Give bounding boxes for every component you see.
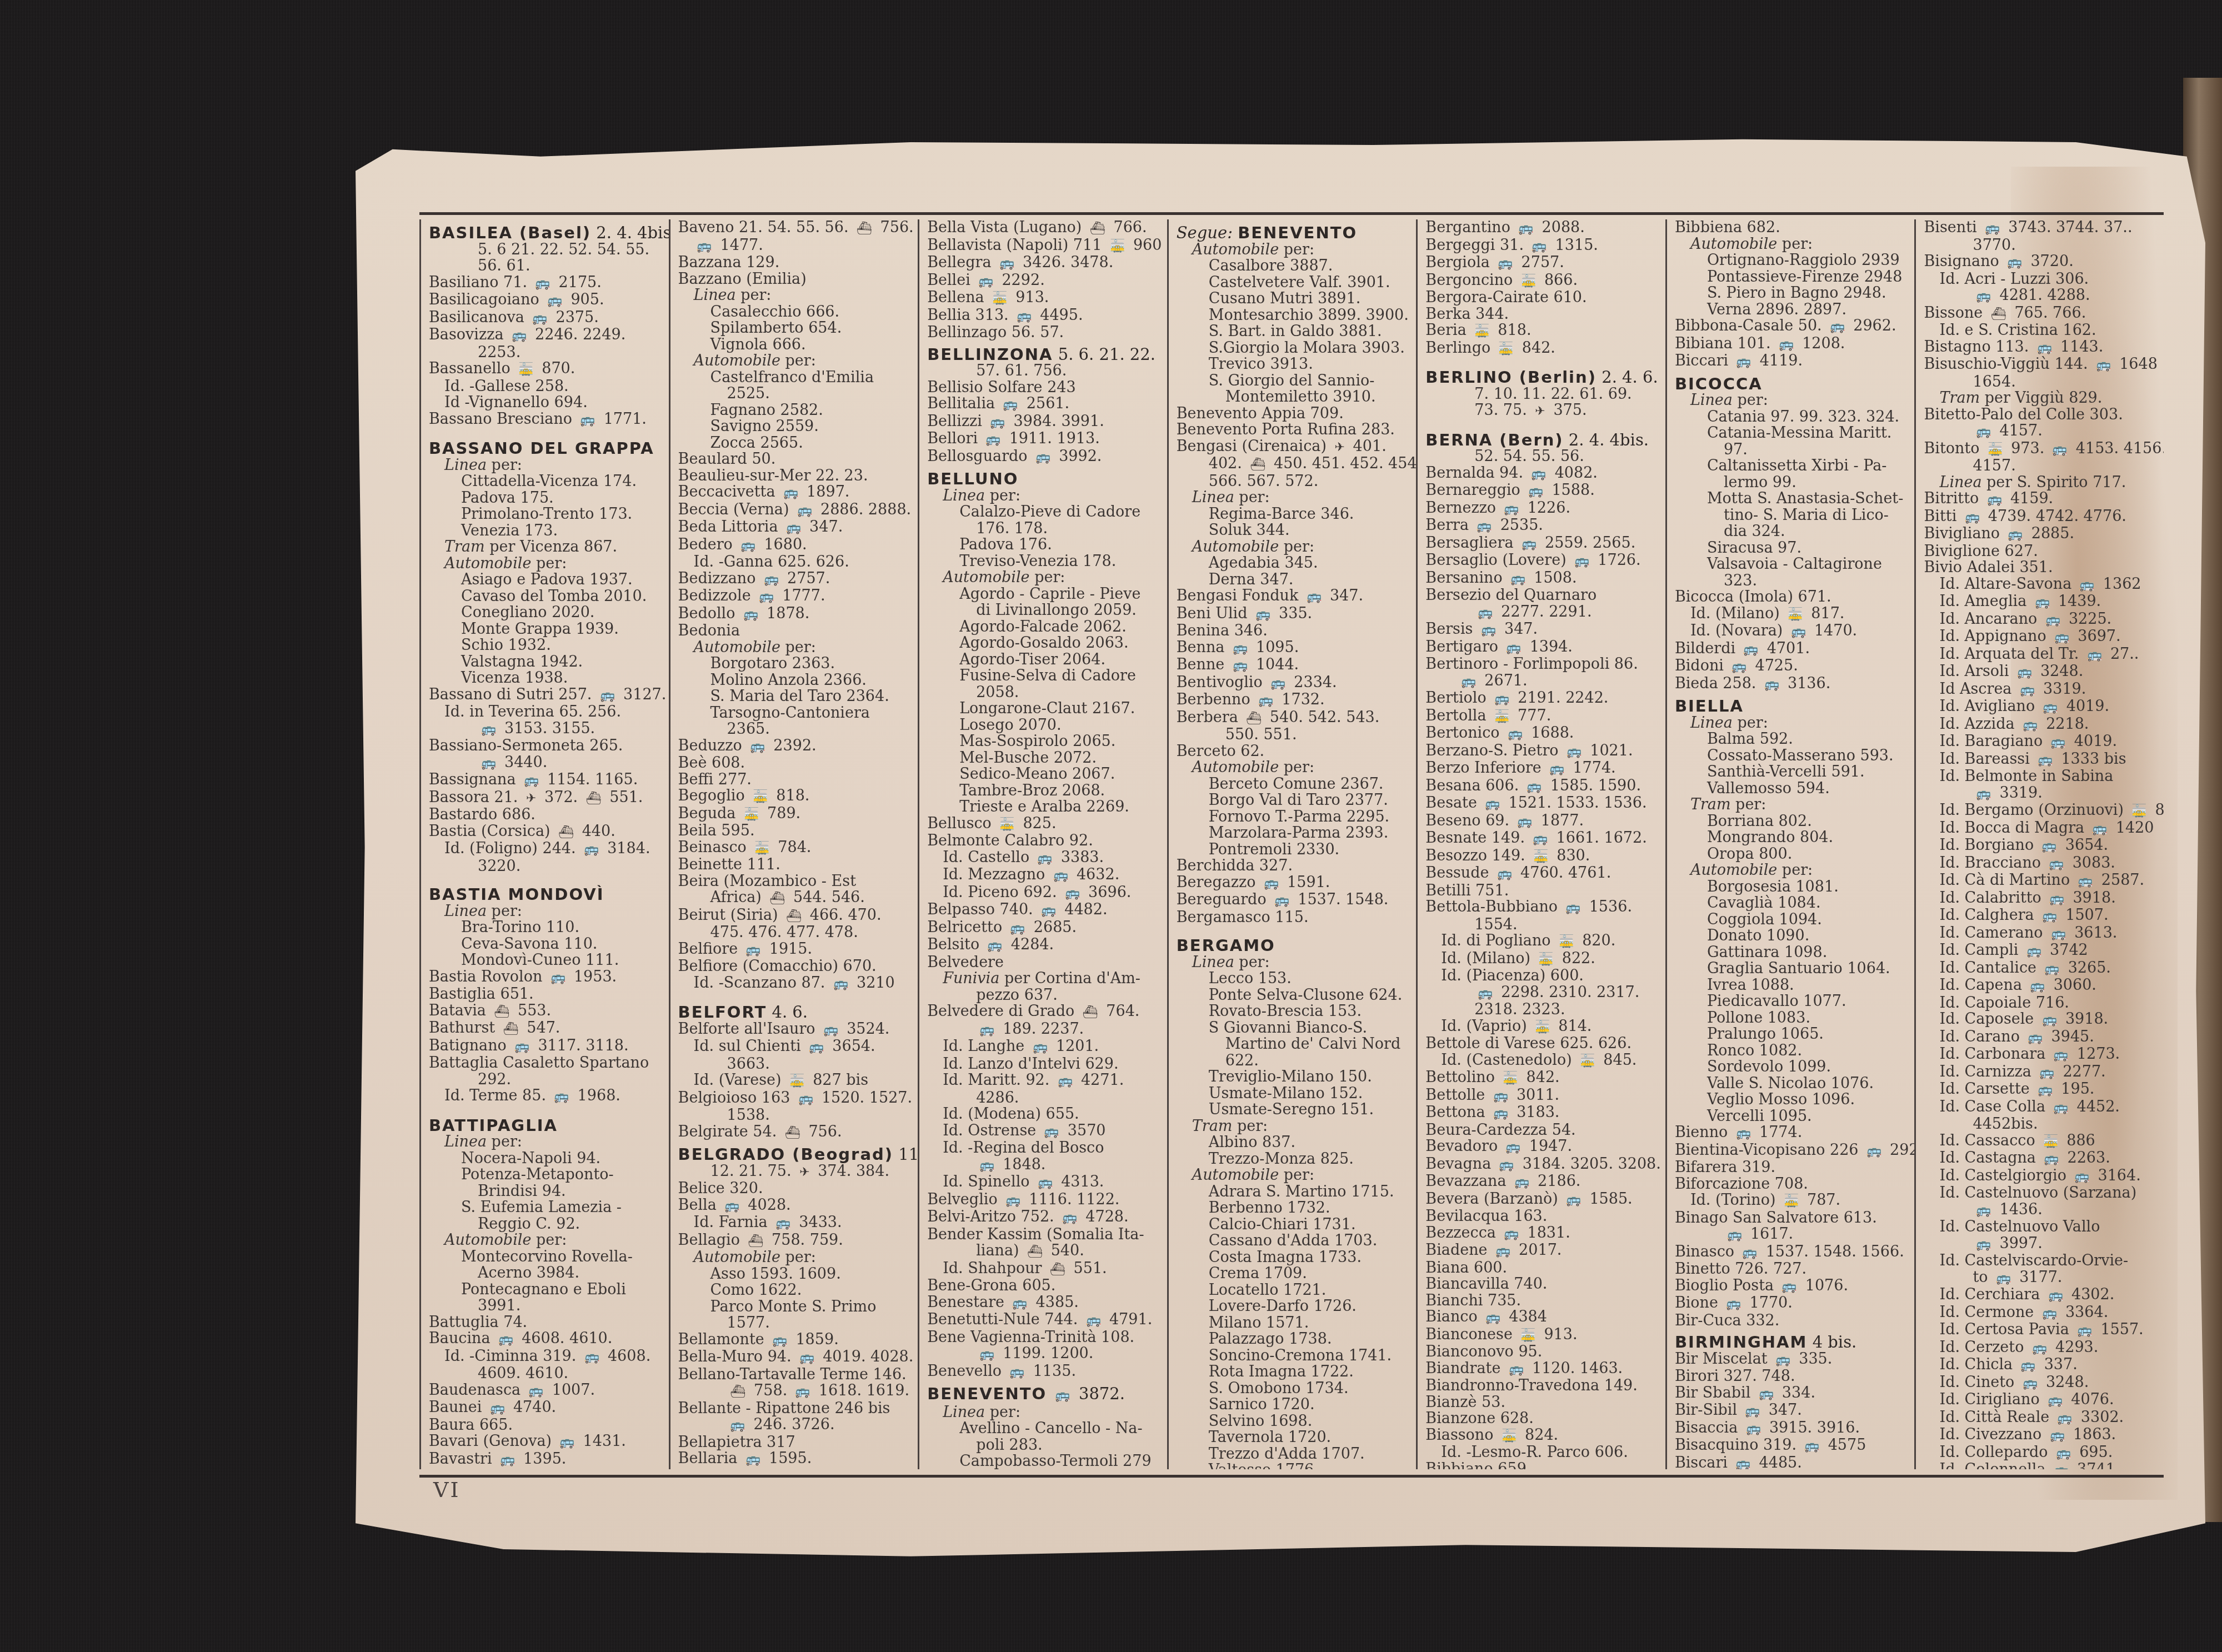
- index-subentry: Id. Shahpour ⛴ 551.: [927, 1260, 1160, 1278]
- index-subentry: Id. Farnia 🚌 3433.: [678, 1214, 912, 1232]
- index-entry: Benevento Appia 709.: [1177, 406, 1410, 422]
- bus-icon: 🚌: [1533, 831, 1548, 848]
- index-subentry: Agordo-Falcade 2062.: [927, 619, 1160, 635]
- bus-icon: 🚌: [1527, 779, 1542, 795]
- bus-icon: 🚌: [1519, 221, 1534, 237]
- index-subentry: 57. 61. 756.: [927, 363, 1160, 379]
- bus-icon: 🚌: [1566, 900, 1581, 917]
- index-entry: Bevilacqua 163.: [1425, 1208, 1659, 1225]
- index-entry: Bisignano 🚌 3720.: [1924, 253, 2157, 271]
- bus-icon: 🚌: [759, 589, 774, 605]
- index-subentry: Linea per:: [927, 1404, 1160, 1421]
- index-entry: Beda Littoria 🚌 347.: [678, 519, 912, 537]
- bus-icon: 🚌: [1830, 319, 1845, 336]
- index-entry: Bassanello 🚋 870.: [429, 361, 662, 378]
- bus-icon: 🚌: [560, 1434, 575, 1451]
- index-entry: Bedero 🚌 1680.: [678, 537, 912, 554]
- index-subentry: 4452bis.: [1924, 1116, 2157, 1133]
- heading-text: BICOCCA: [1675, 374, 1763, 393]
- index-entry: Bibbiena 682.: [1675, 219, 1908, 236]
- bus-icon: 🚌: [580, 412, 595, 429]
- bus-icon: 🚌: [514, 1039, 529, 1055]
- index-subentry: Id. Colonnella 🚌 3741.: [1924, 1461, 2157, 1469]
- index-subentry: Berbenno 1732.: [1177, 1200, 1410, 1217]
- transport-type-label: Automobile: [1192, 241, 1279, 258]
- index-entry: Binasco 🚌 1537. 1548. 1566.: [1675, 1244, 1908, 1261]
- bus-icon: 🚌: [1033, 1039, 1048, 1056]
- index-subentry: Borgosesia 1081.: [1675, 879, 1908, 895]
- bus-icon: 🚌: [2054, 1047, 2069, 1064]
- index-entry: Bassora 21. ✈ 372. ⛴ 551.: [429, 789, 662, 807]
- index-entry: Bevazzana 🚌 2186.: [1425, 1173, 1659, 1191]
- bus-icon: 🚌: [1478, 985, 1493, 1002]
- bus-icon: 🚌: [2077, 1323, 2092, 1339]
- heading-text: BERLINO (Berlin): [1425, 368, 1597, 387]
- bus-icon: 🚌: [1866, 1143, 1881, 1160]
- spacer: [1425, 357, 1659, 364]
- city-heading: BELLUNO: [927, 471, 1160, 488]
- index-subentry: Bra-Torino 110.: [429, 919, 662, 936]
- transport-type-label: Linea: [1192, 954, 1234, 971]
- index-subentry: Id. Bareassi 🚌 1333 bis: [1924, 751, 2157, 769]
- index-subentry: Id. -Gallese 258.: [429, 378, 662, 395]
- bus-icon: 🚌: [740, 538, 755, 554]
- transport-type-label: Automobile: [1192, 538, 1279, 555]
- index-entry: Bernezzo 🚌 1226.: [1425, 500, 1659, 518]
- index-entry: Bellante - Ripattone 246 bis: [678, 1400, 912, 1417]
- bus-icon: 🚌: [1567, 744, 1582, 760]
- tram-icon: 🚋: [1580, 1053, 1595, 1070]
- bus-icon: 🚌: [1976, 1237, 1991, 1253]
- heading-text: BELFORT: [678, 1003, 767, 1022]
- index-entry: Bersagliera 🚌 2559. 2565.: [1425, 535, 1659, 553]
- index-entry: Bienno 🚌 1774.: [1675, 1124, 1908, 1142]
- bus-icon: 🚌: [2030, 978, 2045, 995]
- index-subentry: Palazzago 1738.: [1177, 1331, 1410, 1348]
- index-subentry: 2253.: [429, 344, 662, 361]
- bus-icon: 🚌: [764, 572, 779, 588]
- index-subentry: 4157.: [1924, 458, 2157, 474]
- index-subentry: 2318. 2323.: [1425, 1002, 1659, 1018]
- index-entry: Besnate 149. 🚌 1661. 1672.: [1425, 830, 1659, 848]
- bus-icon: 🚌: [1805, 1438, 1820, 1455]
- index-column: Bella Vista (Lugano) ⛴ 766.Bellavista (N…: [918, 219, 1167, 1469]
- index-entry: Bitritto 🚌 4159.: [1924, 490, 2157, 508]
- bus-icon: 🚌: [1987, 492, 2002, 508]
- bus-icon: 🚌: [1044, 1124, 1059, 1140]
- heading-text: BENEVENTO: [1238, 223, 1357, 242]
- bus-icon: 🚌: [2021, 1358, 2036, 1374]
- bus-icon: 🚌: [2042, 1012, 2057, 1029]
- index-subentry: Avellino - Cancello - Na-: [927, 1420, 1160, 1437]
- tram-icon: 🚋: [1539, 952, 1554, 968]
- bus-icon: 🚌: [1485, 796, 1500, 813]
- index-subentry: Montesarchio 3899. 3900.: [1177, 307, 1410, 324]
- index-subentry: Agordo-Gosaldo 2063.: [927, 635, 1160, 652]
- index-subentry: Cittadella-Vicenza 174.: [429, 473, 662, 490]
- index-subentry: Coggiola 1094.: [1675, 912, 1908, 928]
- bus-icon: 🚌: [1965, 509, 1980, 526]
- index-subentry: Calcio-Chiari 1731.: [1177, 1217, 1410, 1233]
- tram-icon: 🚋: [518, 362, 533, 378]
- index-subentry: Id. (Piacenza) 600.: [1425, 968, 1659, 984]
- index-subentry: Id. (Milano) 🚋 822.: [1425, 950, 1659, 968]
- bus-icon: 🚌: [1985, 221, 2000, 237]
- bus-icon: 🚌: [1233, 640, 1248, 657]
- index-subentry: Vicenza 1938.: [429, 670, 662, 687]
- index-entry: Beinette 111.: [678, 857, 912, 873]
- index-entry: Bastiglia 651.: [429, 986, 662, 1003]
- index-subentry: Primolano-Trento 173.: [429, 506, 662, 523]
- index-entry: Biandronno-Travedona 149.: [1425, 1378, 1659, 1394]
- index-subentry: Adrara S. Martino 1715.: [1177, 1184, 1410, 1200]
- bus-icon: 🚌: [1996, 1270, 2011, 1287]
- index-subentry: Usmate-Seregno 151.: [1177, 1102, 1410, 1118]
- index-subentry: 475. 476. 477. 478.: [678, 924, 912, 941]
- transport-type-label: Automobile: [1690, 236, 1777, 253]
- tram-icon: 🚋: [789, 1073, 804, 1090]
- bus-icon: 🚌: [2058, 1410, 2073, 1427]
- index-entry: Bene-Grona 605.: [927, 1278, 1160, 1294]
- tram-icon: 🚋: [1521, 273, 1536, 290]
- index-subentry: Id. Ostrense 🚌 3570: [927, 1123, 1160, 1140]
- index-subentry: Id. Castelnuovo (Sarzana): [1924, 1185, 2157, 1202]
- bus-icon: 🚌: [1764, 677, 1779, 693]
- index-entry: Beguda 🚋 789.: [678, 805, 912, 823]
- index-subentry: 🚌 1199. 1200.: [927, 1345, 1160, 1363]
- index-entry: Beira (Mozambico - Est: [678, 873, 912, 890]
- index-subentry: Montecorvino Rovella-: [429, 1249, 662, 1265]
- city-heading: BERNA (Bern) 2. 4. 4bis.: [1425, 432, 1659, 449]
- index-subentry: Tarsogno-Cantoniera: [678, 705, 912, 722]
- bus-icon: 🚌: [1566, 1192, 1581, 1209]
- index-subentry: Caltanissetta Xirbi - Pa-: [1675, 458, 1908, 474]
- index-subentry: Id. Maritt. 92. 🚌 4271.: [927, 1072, 1160, 1090]
- index-entry: Berzo Inferiore 🚌 1774.: [1425, 760, 1659, 778]
- index-subentry: Linea per:: [927, 488, 1160, 504]
- bus-icon: 🚌: [1493, 1088, 1508, 1105]
- index-entry: Bertiolo 🚌 2191. 2242.: [1425, 690, 1659, 708]
- bus-icon: 🚌: [2038, 752, 2053, 769]
- bus-icon: 🚌: [1782, 1279, 1797, 1295]
- plane-icon: ✈: [799, 1164, 809, 1181]
- index-entry: Bersaglio (Lovere) 🚌 1726.: [1425, 552, 1659, 570]
- index-entry: Bellizzi 🚌 3984. 3991.: [927, 413, 1160, 431]
- index-column: Bergantino 🚌 2088.Bergeggi 31. 🚌 1315.Be…: [1416, 219, 1665, 1469]
- index-entry: Basilicanova 🚌 2375.: [429, 309, 662, 327]
- index-entry: Biassono 🚋 824.: [1425, 1427, 1659, 1445]
- heading-text: BERGAMO: [1177, 936, 1275, 955]
- bus-icon: 🚌: [2054, 1100, 2069, 1117]
- index-entry: Bertinoro - Forlimpopoli 86.: [1425, 656, 1659, 673]
- index-subentry: 4286.: [927, 1090, 1160, 1107]
- index-subentry: Id. Arquata del Tr. 🚌 27..: [1924, 646, 2157, 664]
- index-entry: Bassano di Sutri 257. 🚌 3127.: [429, 687, 662, 704]
- index-entry: Bidoni 🚌 4725.: [1675, 658, 1908, 675]
- index-subentry: Id. e S. Cristina 162.: [1924, 322, 2157, 339]
- index-subentry: Id. Ameglia 🚌 1439.: [1924, 593, 2157, 611]
- index-subentry: Id Ascrea 🚌 3319.: [1924, 681, 2157, 699]
- index-entry: Benne 🚌 1044.: [1177, 657, 1410, 674]
- index-subentry: Id. Arsoli 🚌 3248.: [1924, 663, 2157, 681]
- index-subentry: S. Giorgio del Sannio-: [1177, 373, 1410, 389]
- bus-icon: 🚌: [2032, 1340, 2047, 1357]
- index-entry: Beinasco 🚋 784.: [678, 839, 912, 857]
- heading-text: BELLINZONA: [927, 345, 1053, 364]
- index-subentry: lermo 99.: [1675, 474, 1908, 491]
- bus-icon: 🚌: [1507, 640, 1522, 657]
- index-subentry: Valsavoia - Caltagirone: [1675, 556, 1908, 573]
- continued-label: Segue:: [1177, 223, 1238, 242]
- heading-text: BERNA (Bern): [1425, 430, 1563, 449]
- city-heading: BENEVENTO 🚌 3872.: [927, 1386, 1160, 1404]
- index-subentry: 🚌 3440.: [429, 754, 662, 772]
- index-subentry: Tram per:: [1177, 1118, 1410, 1135]
- index-subentry: Id. Castelviscardo-Orvie-: [1924, 1253, 2157, 1269]
- bus-icon: 🚌: [1258, 693, 1273, 709]
- transport-type-label: Automobile: [444, 1232, 531, 1249]
- bus-icon: 🚌: [1477, 518, 1492, 535]
- bus-icon: 🚌: [1461, 674, 1476, 690]
- index-subentry: 🚌 1436.: [1924, 1202, 2157, 1219]
- index-subentry: Derna 347.: [1177, 572, 1410, 588]
- index-entry: Bilderdi 🚌 4701.: [1675, 640, 1908, 658]
- index-subentry: Borgo Val di Taro 2377.: [1177, 792, 1410, 809]
- bus-icon: 🚌: [1005, 1193, 1020, 1209]
- index-subentry: 🚌 1848.: [927, 1157, 1160, 1174]
- index-entry: Biviglione 627.: [1924, 543, 2157, 560]
- index-subentry: tino- S. Maria di Lico-: [1675, 507, 1908, 524]
- bus-icon: 🚌: [1495, 1243, 1510, 1260]
- index-entry: Bianco 🚌 4384: [1425, 1309, 1659, 1326]
- index-subentry: Mas-Sospirolo 2065.: [927, 733, 1160, 750]
- index-entry: Basilicagoiano 🚌 905.: [429, 292, 662, 309]
- bus-icon: 🚌: [750, 739, 765, 755]
- bus-icon: 🚌: [786, 520, 801, 537]
- index-entry: Bertigaro 🚌 1394.: [1425, 639, 1659, 657]
- index-entry: Bastia Rovolon 🚌 1953.: [429, 969, 662, 987]
- bus-icon: 🚌: [979, 1346, 994, 1363]
- index-entry: Bir-Sibil 🚌 347.: [1675, 1402, 1908, 1420]
- index-subentry: 🚌 3997.: [1924, 1235, 2157, 1253]
- index-subentry: Id. Lanzo d'Intelvi 629.: [927, 1056, 1160, 1073]
- index-subentry: Como 1622.: [678, 1282, 912, 1299]
- index-subentry: Id. -Ciminna 319. 🚌 4608.: [429, 1348, 662, 1366]
- bus-icon: 🚌: [1574, 553, 1589, 570]
- transport-type-label: Automobile: [1192, 1167, 1279, 1184]
- index-subentry: Id. Certosa Pavia 🚌 1557.: [1924, 1321, 2157, 1339]
- transport-type-label: Linea: [1192, 489, 1234, 506]
- index-entry: Bassignana 🚌 1154. 1165.: [429, 772, 662, 789]
- index-subentry: Catania-Messina Maritt.: [1675, 425, 1908, 442]
- bus-icon: 🚌: [2017, 664, 2032, 681]
- index-subentry: Valstagna 1942.: [429, 654, 662, 670]
- index-subentry: Rota Imagna 1722.: [1177, 1364, 1410, 1380]
- index-entry: Belvedere di Grado ⛴ 764.: [927, 1003, 1160, 1021]
- index-entry: Bergoncino 🚋 866.: [1425, 272, 1659, 290]
- index-subentry: Automobile per:: [429, 1232, 662, 1249]
- index-entry: Bellapietra 317: [678, 1434, 912, 1451]
- index-entry: Belveglio 🚌 1116. 1122.: [927, 1192, 1160, 1209]
- index-subentry: Id. (Milano) 🚋 817.: [1675, 605, 1908, 623]
- index-subentry: Castelvetere Valf. 3901.: [1177, 274, 1410, 291]
- transport-type-label: Automobile: [694, 1249, 780, 1266]
- index-column: Segue: BENEVENTOAutomobile per:Casalbore…: [1167, 219, 1417, 1469]
- bus-icon: 🚌: [798, 1091, 813, 1108]
- heading-text: BASSANO DEL GRAPPA: [429, 439, 654, 458]
- transport-type-label: Automobile: [1192, 759, 1279, 776]
- index-subentry: Id. Cermone 🚌 3364.: [1924, 1304, 2157, 1322]
- bus-icon: 🚌: [1062, 1210, 1077, 1227]
- tram-icon: 🚋: [992, 291, 1007, 307]
- bus-icon: 🚌: [795, 1384, 810, 1400]
- bus-icon: 🚌: [481, 722, 496, 738]
- index-subentry: Id. (Vaprio) 🚋 814.: [1425, 1018, 1659, 1036]
- bus-icon: 🚌: [788, 1469, 803, 1470]
- bus-icon: 🚌: [2045, 961, 2060, 978]
- index-subentry: Cavaso del Tomba 2010.: [429, 588, 662, 605]
- transport-type-label: Linea: [694, 287, 736, 304]
- bus-icon: 🚌: [1732, 659, 1747, 675]
- transport-type-label: Tram: [1192, 1118, 1233, 1135]
- index-subentry: Fusine-Selva di Cadore: [927, 668, 1160, 684]
- index-subentry: Trieste e Aralba 2269.: [927, 799, 1160, 815]
- index-entry: Berchidda 327.: [1177, 858, 1410, 874]
- bus-icon: 🚌: [2008, 527, 2023, 543]
- index-subentry: Losego 2070.: [927, 717, 1160, 734]
- index-entry: Belfiore 🚌 1915.: [678, 941, 912, 959]
- index-entry: Bianzè 53.: [1425, 1394, 1659, 1411]
- index-subentry: Oropa 800.: [1675, 846, 1908, 863]
- index-subentry: 🚌 2298. 2310. 2317.: [1425, 984, 1659, 1002]
- index-entry: Battuglia 74.: [429, 1314, 662, 1331]
- index-entry: Bitti 🚌 4739. 4742. 4776.: [1924, 508, 2157, 526]
- index-subentry: Linea per:: [1177, 489, 1410, 506]
- index-subentry: 2058.: [927, 684, 1160, 701]
- ship-icon: ⛴: [730, 1384, 746, 1400]
- index-entry: Belforte all'Isauro 🚌 3524.: [678, 1021, 912, 1039]
- index-subentry: Berceto Comune 2367.: [1177, 776, 1410, 793]
- index-entry: Bernalda 94. 🚌 4082.: [1425, 465, 1659, 483]
- index-subentry: Id. Cassacco 🚋 886: [1924, 1133, 2157, 1150]
- index-entry: Biforcazione 708.: [1675, 1176, 1908, 1193]
- ship-icon: ⛴: [785, 1125, 800, 1142]
- index-subentry: Selvino 1698.: [1177, 1413, 1410, 1430]
- bus-icon: 🚌: [986, 432, 1001, 448]
- index-entry: Beccacivetta 🚌 1897.: [678, 484, 912, 502]
- index-entry: Benina 346.: [1177, 623, 1410, 639]
- bus-icon: 🚌: [979, 1158, 994, 1174]
- index-entry: Bedizzano 🚌 2757.: [678, 570, 912, 588]
- transport-type-label: Automobile: [943, 569, 1029, 586]
- bus-icon: 🚌: [799, 1350, 814, 1366]
- index-subentry: Id. (Novara) 🚌 1470.: [1675, 623, 1908, 640]
- index-subentry: Automobile per:: [1177, 759, 1410, 776]
- bus-icon: 🚌: [1549, 761, 1564, 778]
- heading-text: BELLUNO: [927, 469, 1018, 488]
- index-entry: Beria 🚋 818.: [1425, 322, 1659, 340]
- index-entry: Beila 595.: [678, 823, 912, 839]
- index-entry: Bettole di Varese 625. 626.: [1425, 1035, 1659, 1052]
- index-subentry: Id. Case Colla 🚌 4452.: [1924, 1099, 2157, 1117]
- bus-icon: 🚌: [2087, 647, 2102, 664]
- transport-type-label: Linea: [444, 1133, 487, 1150]
- index-subentry: Automobile per:: [1177, 1167, 1410, 1184]
- index-entry: Bettona 🚌 3183.: [1425, 1104, 1659, 1122]
- ship-icon: ⛴: [769, 890, 785, 907]
- index-subentry: 12. 21. 75. ✈ 374. 384.: [678, 1163, 912, 1181]
- city-heading: BATTIPAGLIA: [429, 1118, 662, 1134]
- index-subentry: 5. 6 21. 22. 52. 54. 55.: [429, 242, 662, 258]
- index-entry: Bianzone 628.: [1425, 1410, 1659, 1427]
- index-column: Bisenti 🚌 3743. 3744. 37..3770.Bisignano…: [1914, 219, 2164, 1469]
- index-subentry: Tambre-Broz 2068.: [927, 783, 1160, 799]
- index-subentry: Gattinara 1098.: [1675, 944, 1908, 961]
- index-entry: Bergeggi 31. 🚌 1315.: [1425, 237, 1659, 255]
- index-entry: Berzano-S. Pietro 🚌 1021.: [1425, 743, 1659, 760]
- bus-icon: 🚌: [988, 938, 1003, 954]
- spacer: [429, 874, 662, 881]
- index-subentry: Linea per S. Spirito 717.: [1924, 474, 2157, 491]
- bus-icon: 🚌: [2042, 908, 2057, 925]
- index-entry: Baucina 🚌 4608. 4610.: [429, 1330, 662, 1348]
- bus-icon: 🚌: [1791, 624, 1806, 640]
- index-subentry: Linea per:: [1675, 715, 1908, 732]
- bus-icon: 🚌: [600, 688, 615, 704]
- index-entry: Berka 344.: [1425, 306, 1659, 323]
- heading-text: BASTIA MONDOVÌ: [429, 885, 604, 904]
- index-subentry: Spilamberto 654.: [678, 320, 912, 337]
- bus-icon: 🚌: [1514, 1174, 1529, 1191]
- index-subentry: dia 324.: [1675, 523, 1908, 540]
- tram-icon: 🚋: [1535, 1019, 1550, 1036]
- bus-icon: 🚌: [1518, 814, 1533, 830]
- spacer: [429, 1105, 662, 1112]
- index-entry: Bellori 🚌 1911. 1913.: [927, 430, 1160, 448]
- index-subentry: Marzolara-Parma 2393.: [1177, 825, 1410, 842]
- bus-icon: 🚌: [2049, 856, 2064, 873]
- index-subentry: pezzo 637.: [927, 987, 1160, 1004]
- index-subentry: Cusano Mutri 3891.: [1177, 291, 1410, 307]
- bus-icon: 🚌: [2078, 873, 2093, 890]
- index-entry: Bazzana 129.: [678, 254, 912, 271]
- bus-icon: 🚌: [533, 311, 548, 327]
- index-subentry: 52. 54. 55. 56.: [1425, 448, 1659, 465]
- index-subentry: 3991.: [429, 1298, 662, 1314]
- bus-icon: 🚌: [833, 976, 848, 993]
- bus-icon: 🚌: [2053, 442, 2068, 458]
- bus-icon: 🚌: [1255, 607, 1270, 623]
- index-entry: Bazzano (Emilia): [678, 271, 912, 288]
- index-entry: Bettola-Bubbiano 🚌 1536.: [1425, 899, 1659, 917]
- index-entry: Bettolle 🚌 3011.: [1425, 1087, 1659, 1105]
- ship-icon: ⛴: [494, 1004, 509, 1020]
- index-subentry: Id. Piceno 692. 🚌 3696.: [927, 884, 1160, 902]
- tram-icon: 🚋: [1499, 341, 1514, 358]
- index-entry: Bengasi Fonduk 🚌 347.: [1177, 588, 1410, 605]
- index-entry: Bevera (Barzanò) 🚌 1585.: [1425, 1191, 1659, 1209]
- index-subentry: Id. -Lesmo-R. Parco 606.: [1425, 1444, 1659, 1461]
- index-subentry: Crema 1709.: [1177, 1265, 1410, 1282]
- index-entry: Bieda 258. 🚌 3136.: [1675, 675, 1908, 693]
- index-subentry: 2525.: [678, 386, 912, 402]
- index-subentry: Borriana 802.: [1675, 813, 1908, 830]
- index-entry: Bentivoglio 🚌 2334.: [1177, 674, 1410, 692]
- tram-icon: 🚋: [999, 817, 1014, 833]
- index-subentry: Id. (Varese) 🚋 827 bis: [678, 1072, 912, 1090]
- index-subentry: Castelfranco d'Emilia: [678, 369, 912, 386]
- bus-icon: 🚌: [1270, 675, 1285, 692]
